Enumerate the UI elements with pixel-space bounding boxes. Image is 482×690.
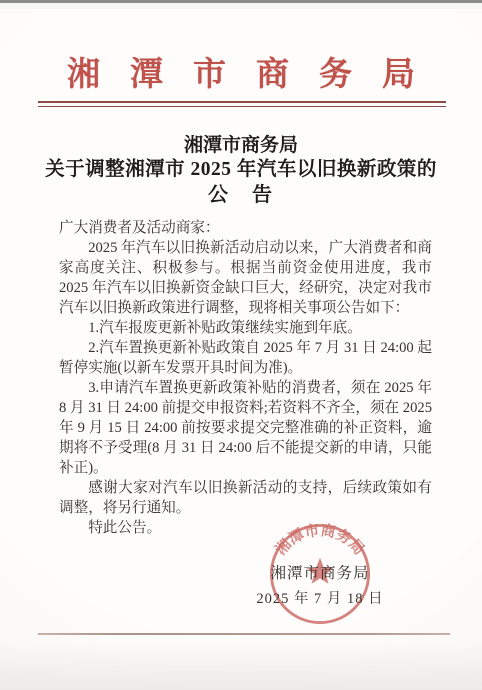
paragraph-closing: 特此公告。 [59, 518, 432, 538]
photo-bottom-margin [0, 640, 482, 690]
title-subject-line: 关于调整湘潭市 2025 年汽车以旧换新政策的 [20, 158, 462, 182]
paragraph-item-1: 1.汽车报废更新补贴政策继续实施到年底。 [59, 318, 432, 338]
signature-block: 湘潭市商务局 2025 年 7 月 18 日 [238, 563, 402, 610]
letterhead-agency-name: 湘潭市商务局 [0, 48, 482, 95]
paragraph-intro: 2025 年汽车以旧换新活动启动以来，广大消费者和商家高度关注、积极参与。根据当… [59, 238, 432, 318]
paragraph-item-3: 3.申请汽车置换更新政策补贴的消费者，须在 2025 年 8 月 31 日 24… [59, 378, 432, 478]
document-title: 湘潭市商务局 关于调整湘潭市 2025 年汽车以旧换新政策的 公 告 [20, 134, 462, 208]
salutation: 广大消费者及活动商家： [59, 218, 432, 238]
document-photo: 湘潭市商务局 湘潭市商务局 关于调整湘潭市 2025 年汽车以旧换新政策的 公 … [0, 0, 482, 690]
paragraph-thanks: 感谢大家对汽车以旧换新活动的支持，后续政策如有调整，将另行通知。 [59, 478, 432, 518]
signature-date: 2025 年 7 月 18 日 [238, 588, 402, 610]
title-doc-type: 公 告 [20, 182, 462, 208]
page-bottom-rule [38, 633, 450, 635]
paragraph-item-2: 2.汽车置换更新补贴政策自 2025 年 7 月 31 日 24:00 起暂停实… [59, 338, 432, 378]
letterhead-double-rule [38, 101, 446, 107]
signature-agency: 湘潭市商务局 [238, 563, 402, 585]
document-body: 广大消费者及活动商家： 2025 年汽车以旧换新活动启动以来，广大消费者和商家高… [59, 218, 432, 538]
title-org-line: 湘潭市商务局 [20, 134, 462, 158]
photo-top-margin [0, 3, 482, 9]
